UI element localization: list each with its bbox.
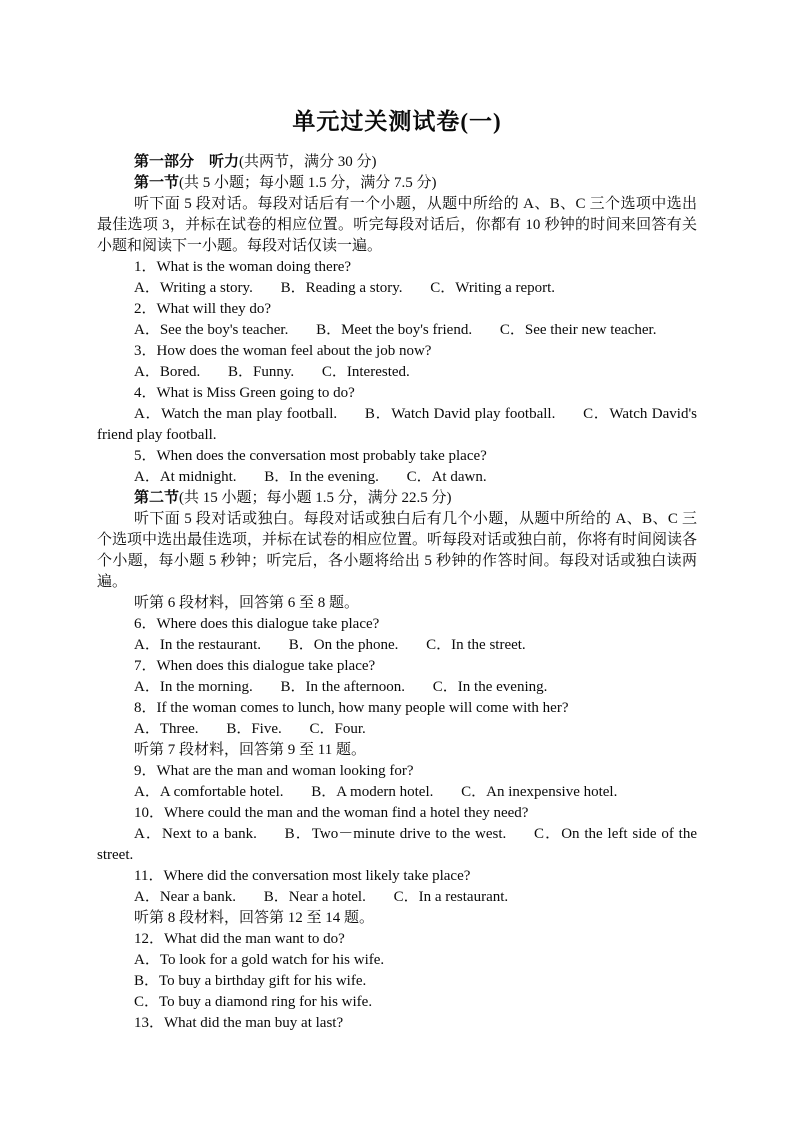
option: C．Writing a report. <box>430 280 555 296</box>
options-line: A．See the boy's teacher.B．Meet the boy's… <box>97 320 697 341</box>
options-line: A．Three.B．Five.C．Four. <box>97 719 697 740</box>
options-line: A．Near a bank.B．Near a hotel.C．In a rest… <box>97 887 697 908</box>
option: C．To buy a diamond ring for his wife. <box>97 992 697 1013</box>
part-heading-title: 第一部分 听力 <box>134 154 239 170</box>
options-line: A．Writing a story.B．Reading a story.C．Wr… <box>97 278 697 299</box>
option: B．Reading a story. <box>281 280 403 296</box>
option: B．Watch David play football. <box>365 406 555 422</box>
options-line: A．Next to a bank.B．Two－minute drive to t… <box>97 824 697 866</box>
options-line: A．Watch the man play football.B．Watch Da… <box>97 404 697 446</box>
options-line: A．In the morning.B．In the afternoon.C．In… <box>97 677 697 698</box>
option: C．Four. <box>310 721 366 737</box>
options-line: A．A comfortable hotel.B．A modern hotel.C… <box>97 782 697 803</box>
option: A．In the morning. <box>134 679 253 695</box>
option: A．In the restaurant. <box>134 637 261 653</box>
option: A．Bored. <box>134 364 200 380</box>
document-page: 单元过关测试卷(一) 第一部分 听力(共两节，满分 30 分)第一节(共 5 小… <box>0 0 793 1122</box>
question-line: 11．Where did the conversation most likel… <box>97 866 697 887</box>
option: A．Writing a story. <box>134 280 253 296</box>
question-line: 7．When does this dialogue take place? <box>97 656 697 677</box>
option: B．Funny. <box>228 364 294 380</box>
material-cue-line: 听第 8 段材料，回答第 12 至 14 题。 <box>97 908 697 929</box>
option: A．Three. <box>134 721 199 737</box>
option: B．Near a hotel. <box>264 889 366 905</box>
option: C．In a restaurant. <box>394 889 509 905</box>
question-line: 3．How does the woman feel about the job … <box>97 341 697 362</box>
instruction-paragraph: 听下面 5 段对话或独白。每段对话或独白后有几个小题，从题中所给的 A、B、C … <box>97 509 697 593</box>
option: A．At midnight. <box>134 469 237 485</box>
option: C．At dawn. <box>407 469 487 485</box>
options-line: A．Bored.B．Funny.C．Interested. <box>97 362 697 383</box>
section-heading-detail: (共 15 小题；每小题 1.5 分，满分 22.5 分) <box>179 490 452 506</box>
option: B．Five. <box>226 721 281 737</box>
section-heading-title: 第一节 <box>134 175 179 191</box>
option: A．See the boy's teacher. <box>134 322 288 338</box>
option: A．Watch the man play football. <box>134 406 337 422</box>
question-line: 4．What is Miss Green going to do? <box>97 383 697 404</box>
document-body: 第一部分 听力(共两节，满分 30 分)第一节(共 5 小题；每小题 1.5 分… <box>97 152 697 1034</box>
part-heading: 第一部分 听力(共两节，满分 30 分) <box>97 152 697 173</box>
section-heading-detail: (共 5 小题；每小题 1.5 分，满分 7.5 分) <box>179 175 437 191</box>
option: C．Interested. <box>322 364 410 380</box>
option: A．A comfortable hotel. <box>134 784 284 800</box>
question-line: 12．What did the man want to do? <box>97 929 697 950</box>
options-line: A．In the restaurant.B．On the phone.C．In … <box>97 635 697 656</box>
option: B．In the afternoon. <box>280 679 405 695</box>
option: A．Next to a bank. <box>134 826 257 842</box>
instruction-paragraph: 听下面 5 段对话。每段对话后有一个小题，从题中所给的 A、B、C 三个选项中选… <box>97 194 697 257</box>
question-line: 8．If the woman comes to lunch, how many … <box>97 698 697 719</box>
section-heading: 第二节(共 15 小题；每小题 1.5 分，满分 22.5 分) <box>97 488 697 509</box>
section-heading-title: 第二节 <box>134 490 179 506</box>
option: C．An inexpensive hotel. <box>461 784 617 800</box>
option: B．To buy a birthday gift for his wife. <box>97 971 697 992</box>
option: A．To look for a gold watch for his wife. <box>97 950 697 971</box>
option: B．Meet the boy's friend. <box>316 322 472 338</box>
option: A．Near a bank. <box>134 889 236 905</box>
page-title: 单元过关测试卷(一) <box>97 106 697 138</box>
option: B．A modern hotel. <box>311 784 433 800</box>
part-heading-detail: (共两节，满分 30 分) <box>239 154 377 170</box>
question-line: 6．Where does this dialogue take place? <box>97 614 697 635</box>
question-line: 1．What is the woman doing there? <box>97 257 697 278</box>
section-heading: 第一节(共 5 小题；每小题 1.5 分，满分 7.5 分) <box>97 173 697 194</box>
option: C．In the evening. <box>433 679 548 695</box>
option: B．In the evening. <box>264 469 379 485</box>
question-line: 5．When does the conversation most probab… <box>97 446 697 467</box>
option: B．Two－minute drive to the west. <box>285 826 507 842</box>
options-line: A．At midnight.B．In the evening.C．At dawn… <box>97 467 697 488</box>
option: C．See their new teacher. <box>500 322 657 338</box>
question-line: 2．What will they do? <box>97 299 697 320</box>
option: B．On the phone. <box>289 637 399 653</box>
question-line: 13．What did the man buy at last? <box>97 1013 697 1034</box>
question-line: 10．Where could the man and the woman fin… <box>97 803 697 824</box>
material-cue-line: 听第 6 段材料，回答第 6 至 8 题。 <box>97 593 697 614</box>
question-line: 9．What are the man and woman looking for… <box>97 761 697 782</box>
option: C．In the street. <box>426 637 526 653</box>
material-cue-line: 听第 7 段材料，回答第 9 至 11 题。 <box>97 740 697 761</box>
